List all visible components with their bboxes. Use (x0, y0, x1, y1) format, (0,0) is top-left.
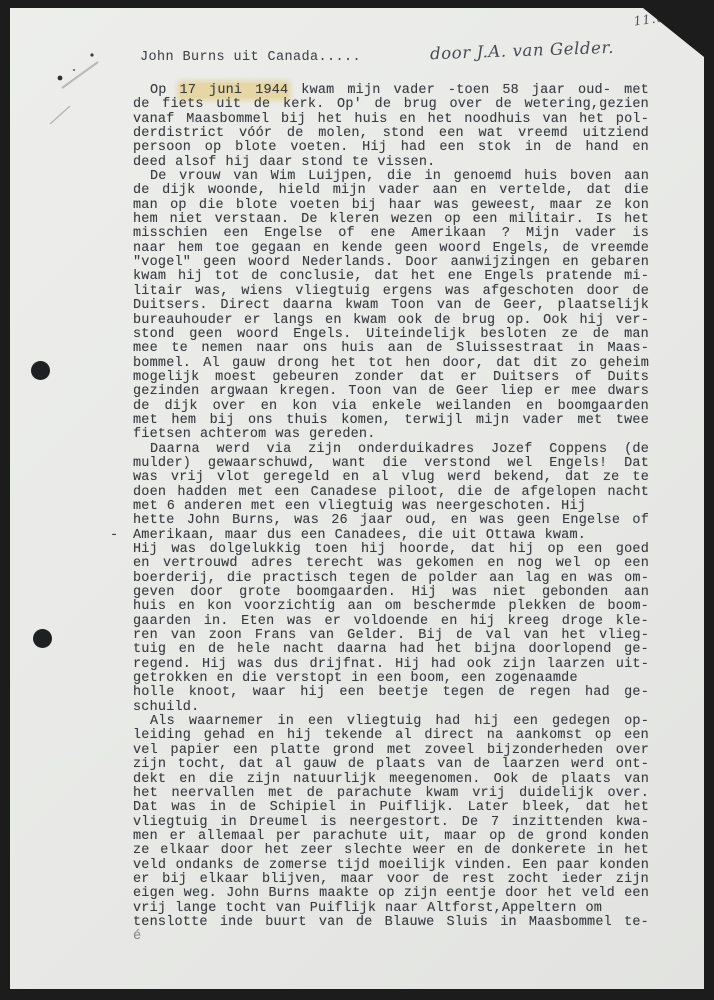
text-line: Als waarnemer in een vliegtuig had hij e… (133, 715, 649, 729)
text-line: -Amerikaan, maar dus een Canadees, die u… (133, 529, 649, 543)
text-line: Dat was in de Schipiel in Puiflijk. Late… (133, 801, 649, 815)
text-line: getrokken en die verstopt in een boom, e… (133, 672, 649, 686)
margin-dash: - (110, 529, 118, 543)
text-line: naar hem toe gegaan en kende geen woord … (133, 242, 649, 256)
text-line: eigen weg. John Burns maakte op zijn een… (133, 887, 649, 901)
text-line: man op die blote voeten bij haar was gew… (133, 199, 649, 213)
text-line: vanaf Maasbommel bij het huis en het noo… (133, 113, 649, 127)
text-line: doen hadden met een Canadese piloot, die… (133, 486, 649, 500)
text-line: mogelijk moest gebeuren zonder dat er Du… (133, 371, 649, 385)
text-line: Duitsers. Direct daarna kwam Toon van de… (133, 299, 649, 313)
text-line: fietsen achterom was gereden. (133, 428, 649, 442)
punch-hole-bottom (33, 629, 52, 648)
document-title: John Burns uit Canada..... (140, 50, 361, 65)
punch-hole-top (31, 361, 50, 380)
text-line: dekt en die zijn natuurlijk meegenomen. … (133, 773, 649, 787)
text-line: litair was, wiens vliegtuig ergens was a… (133, 285, 649, 299)
text-line: ze elkaar door het zeer slechte weer en … (133, 844, 649, 858)
text-line: Daarna werd via zijn onderduikadres Joze… (133, 443, 649, 457)
handwritten-corner-number: 11.6.2846 (599, 4, 706, 34)
text-line: ren van zoon Frans van Gelder. Bij de va… (133, 629, 649, 643)
text-line: bommel. Al gauw drong het tot hen door, … (133, 357, 649, 371)
handwritten-byline: door J.A. van Gelder. (430, 38, 615, 63)
text-line: de fiets uit de kerk. Op' de brug over d… (133, 98, 649, 112)
text-line: het neervallen met de parachute kwam vri… (133, 787, 649, 801)
text-line: tuig en de hele nacht daarna had het bij… (133, 643, 649, 657)
staple-scratch-mark (22, 48, 102, 128)
text-line: hem niet verstaan. De kleren wezen op ee… (133, 213, 649, 227)
text-line: mee te nemen naar ons huis aan de Sluiss… (133, 342, 649, 356)
text-line: De vrouw van Wim Luijpen, die in genoemd… (133, 170, 649, 184)
text-line: met hem bij ons thuis komen, terwijl mij… (133, 414, 649, 428)
text-line: vliegtuig in Dreumel is neergestort. De … (133, 816, 649, 830)
text-line: met 6 anderen met een vliegtuig was neer… (133, 500, 649, 514)
text-line: derdistrict vóór de molen, stond een wat… (133, 127, 649, 141)
document-body: Op 17 juni 1944 kwam mijn vader -toen 58… (133, 84, 649, 945)
text-line: regend. Hij was dus drijfnat. Hij had oo… (133, 658, 649, 672)
text-line: de dijk over en kon via enkele weilanden… (133, 400, 649, 414)
text-line: Hij was dolgelukkig toen hij hoorde, dat… (133, 543, 649, 557)
text-line: geven door grote boomgaarden. Hij was ni… (133, 586, 649, 600)
text-line: misschien een Engelse of ene Amerikaan ?… (133, 227, 649, 241)
text-line: schuild. (133, 701, 649, 715)
text-line: boerderij, die practisch tegen de polder… (133, 572, 649, 586)
text-line: vrij lange tocht van Puiflijk naar Altfo… (133, 902, 649, 916)
text-line: huis en kon voorzichtig aan om beschermd… (133, 600, 649, 614)
paper-page: 11.6.2846 John Burns uit Canada..... doo… (10, 8, 704, 989)
text-line: gezinden argwaan kregen. Toon van de Gee… (133, 385, 649, 399)
text-line: "vogel" geen woord Nederlands. Door aanw… (133, 256, 649, 270)
scan-background: { "page": { "corner_annotation": "11.6.2… (0, 0, 714, 1000)
text-line: deed alsof hij daar stond te vissen. (133, 156, 649, 170)
text-line: zijn tocht, dat al gauw de plaats van de… (133, 758, 649, 772)
text-line: kwam hij tot de conclusie, dat het ene E… (133, 270, 649, 284)
text-line: bureauhouder er langs en kwam ook de bru… (133, 314, 649, 328)
text-line: tenslotte inde buurt van de Blauwe Sluis… (133, 916, 649, 930)
text-line: vel papier een platte grond met zoveel b… (133, 744, 649, 758)
text-line: men er allemaal per parachute uit, maar … (133, 830, 649, 844)
text-line: was vrij vlot geregeld en al vlug werd b… (133, 471, 649, 485)
text-line: er bij elkaar blijven, maar voor de rest… (133, 873, 649, 887)
text-line: de dijk woonde, hield mijn vader aan en … (133, 184, 649, 198)
text-line: é (133, 930, 649, 944)
text-line: veld ondanks de zomerse tijd moeilijk vi… (133, 859, 649, 873)
text-line: mulder) gewaarschuwd, want die verstond … (133, 457, 649, 471)
text-line: Op 17 juni 1944 kwam mijn vader -toen 58… (133, 84, 649, 98)
text-line: leiding gehad en hij tekende al direct n… (133, 729, 649, 743)
text-line: stond geen woord Engels. Uiteindelijk be… (133, 328, 649, 342)
text-line: holle knoot, waar hij een beetje tegen d… (133, 686, 649, 700)
date-highlight: 17 juni 1944 (180, 83, 289, 98)
text-line: hette John Burns, was 26 jaar oud, en wa… (133, 514, 649, 528)
text-line: persoon op blote voeten. Hij had een sto… (133, 141, 649, 155)
text-line: en vertrouwd adres terecht was gekomen e… (133, 557, 649, 571)
text-line: gaarden in. Eten was er voldoende en hij… (133, 615, 649, 629)
